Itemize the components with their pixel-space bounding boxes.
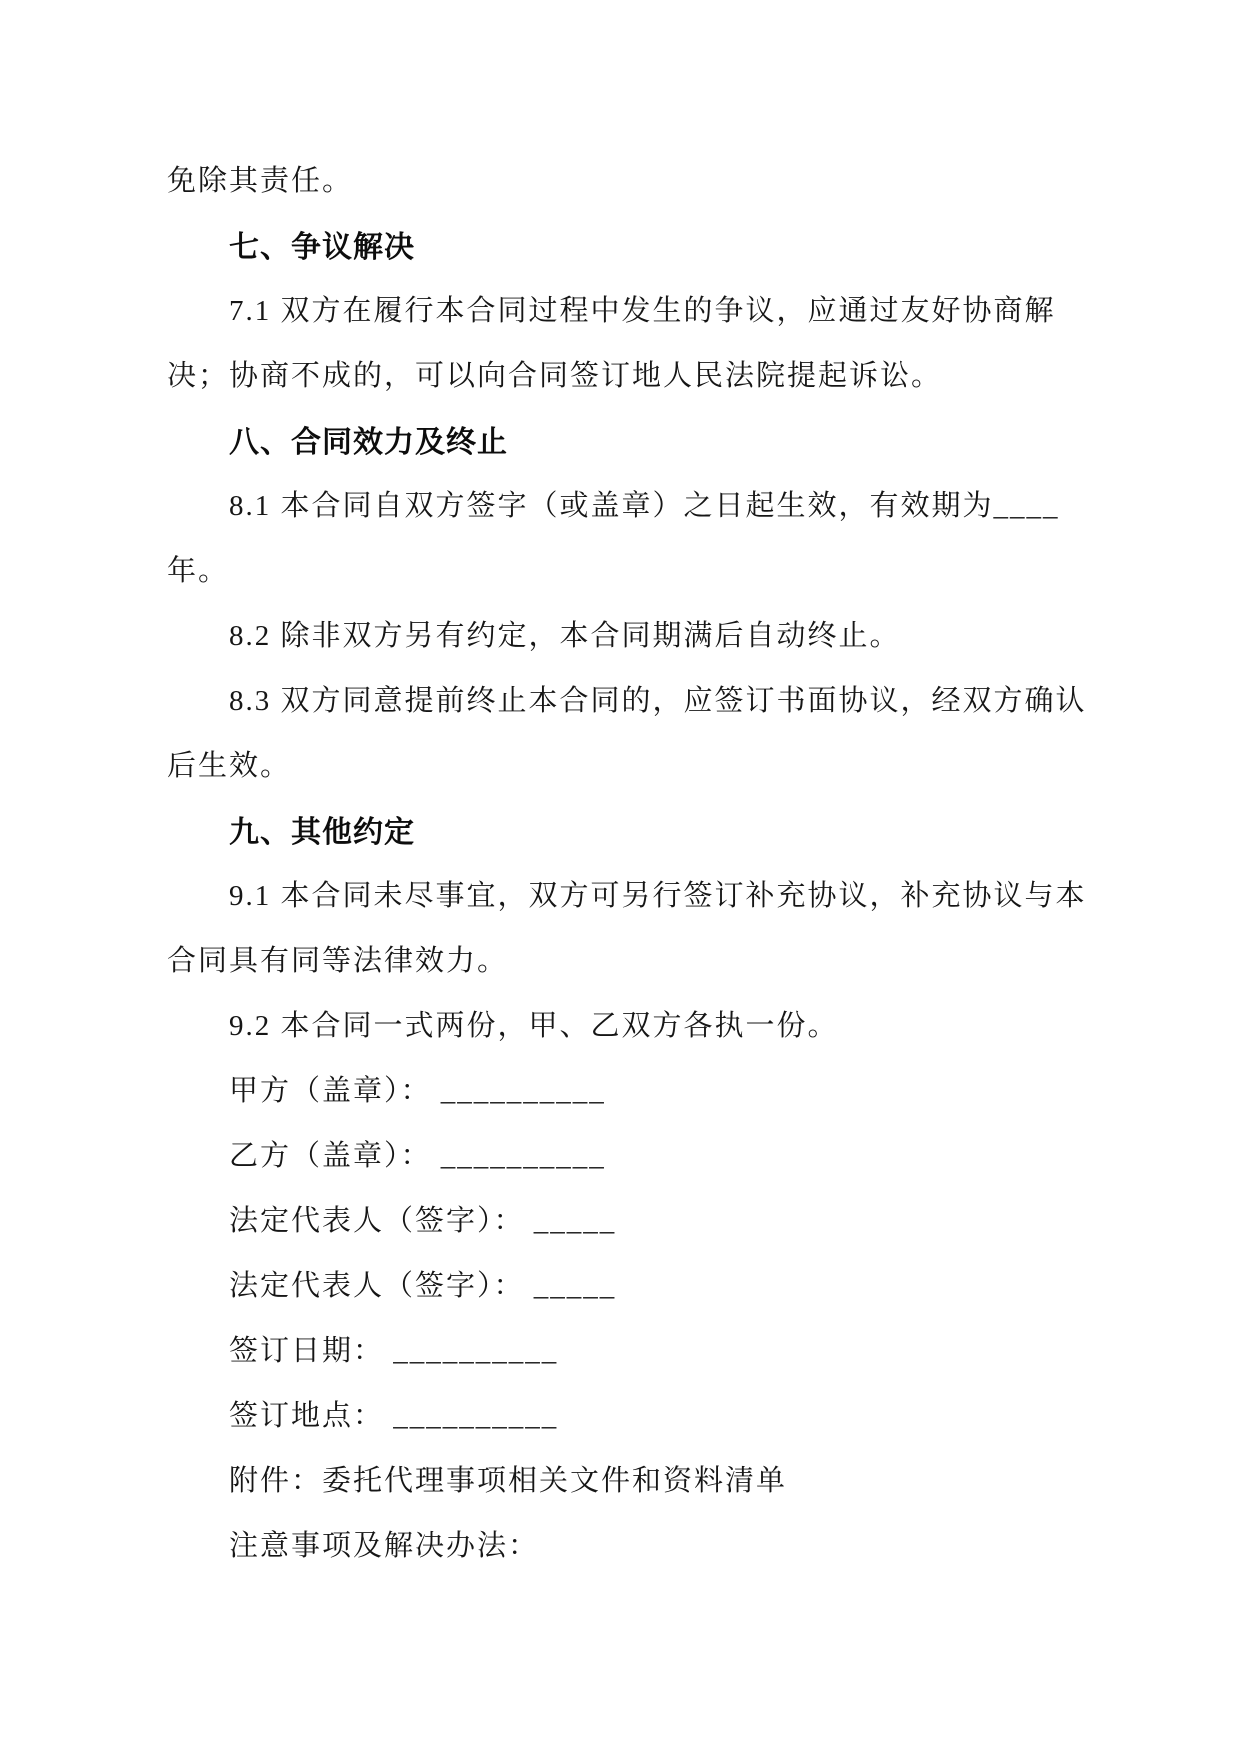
document-line: 8.1 本合同自双方签字（或盖章）之日起生效，有效期为____	[167, 471, 1070, 536]
document-content: 免除其责任。 七、争议解决 7.1 双方在履行本合同过程中发生的争议，应通过友好…	[167, 146, 1070, 1576]
line-text: 8.3 双方同意提前终止本合同的，应签订书面协议，经双方确认	[229, 678, 1087, 719]
document-line: 8.2 除非双方另有约定，本合同期满后自动终止。	[167, 601, 1070, 666]
line-text: 9.1 本合同未尽事宜，双方可另行签订补充协议，补充协议与本	[229, 873, 1087, 914]
line-text: 8.2 除非双方另有约定，本合同期满后自动终止。	[229, 613, 901, 654]
line-text: 签订日期： __________	[229, 1328, 558, 1369]
document-line: 乙方（盖章）： __________	[167, 1121, 1070, 1186]
document-line: 后生效。	[167, 731, 1070, 796]
line-text: 七、争议解决	[229, 222, 415, 266]
line-text: 九、其他约定	[229, 807, 415, 851]
document-line: 9.2 本合同一式两份，甲、乙双方各执一份。	[167, 991, 1070, 1056]
line-text: 9.2 本合同一式两份，甲、乙双方各执一份。	[229, 1003, 839, 1044]
document-line: 决；协商不成的，可以向合同签订地人民法院提起诉讼。	[167, 341, 1070, 406]
document-line: 合同具有同等法律效力。	[167, 926, 1070, 991]
document-line: 8.3 双方同意提前终止本合同的，应签订书面协议，经双方确认	[167, 666, 1070, 731]
document-line: 9.1 本合同未尽事宜，双方可另行签订补充协议，补充协议与本	[167, 861, 1070, 926]
line-text: 法定代表人（签字）： _____	[229, 1198, 616, 1239]
line-text: 免除其责任。	[167, 158, 353, 199]
line-text: 决；协商不成的，可以向合同签订地人民法院提起诉讼。	[167, 353, 942, 394]
line-text: 八、合同效力及终止	[229, 417, 508, 461]
document-line: 附件：委托代理事项相关文件和资料清单	[167, 1446, 1070, 1511]
document-line: 7.1 双方在履行本合同过程中发生的争议，应通过友好协商解	[167, 276, 1070, 341]
line-text: 注意事项及解决办法：	[229, 1523, 539, 1564]
document-line: 注意事项及解决办法：	[167, 1511, 1070, 1576]
document-line: 法定代表人（签字）： _____	[167, 1251, 1070, 1316]
line-text: 后生效。	[167, 743, 291, 784]
line-text: 甲方（盖章）： __________	[229, 1068, 606, 1109]
document-line: 签订地点： __________	[167, 1381, 1070, 1446]
line-text: 8.1 本合同自双方签字（或盖章）之日起生效，有效期为____	[229, 483, 1060, 524]
document-line: 九、其他约定	[167, 796, 1070, 861]
document-line: 免除其责任。	[167, 146, 1070, 211]
document-line: 年。	[167, 536, 1070, 601]
document-line: 七、争议解决	[167, 211, 1070, 276]
document-page: 免除其责任。 七、争议解决 7.1 双方在履行本合同过程中发生的争议，应通过友好…	[0, 0, 1240, 1753]
line-text: 年。	[167, 548, 229, 589]
line-text: 7.1 双方在履行本合同过程中发生的争议，应通过友好协商解	[229, 288, 1056, 329]
document-line: 签订日期： __________	[167, 1316, 1070, 1381]
line-text: 法定代表人（签字）： _____	[229, 1263, 616, 1304]
line-text: 合同具有同等法律效力。	[167, 938, 508, 979]
document-line: 八、合同效力及终止	[167, 406, 1070, 471]
line-text: 附件：委托代理事项相关文件和资料清单	[229, 1458, 787, 1499]
document-line: 法定代表人（签字）： _____	[167, 1186, 1070, 1251]
line-text: 签订地点： __________	[229, 1393, 558, 1434]
document-line: 甲方（盖章）： __________	[167, 1056, 1070, 1121]
line-text: 乙方（盖章）： __________	[229, 1133, 606, 1174]
